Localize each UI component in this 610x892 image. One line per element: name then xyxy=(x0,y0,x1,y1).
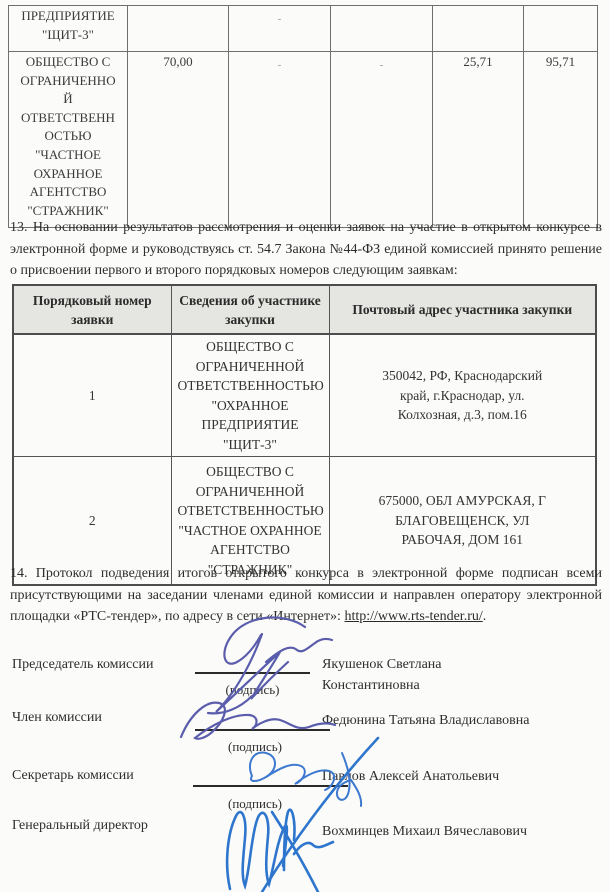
signature-role-member: Член комиссии xyxy=(12,710,102,726)
paragraph-14: 14. Протокол подведения итогов открытого… xyxy=(10,563,602,628)
ranking-header-participant: Сведения об участнике закупки xyxy=(171,285,329,334)
ranking-table: Порядковый номер заявки Сведения об учас… xyxy=(12,284,597,586)
ranking-cell-number: 1 xyxy=(13,334,171,457)
ranking-cell-address: 350042, РФ, Краснодарский край, г.Красно… xyxy=(329,334,596,457)
signature-caption: (подпись) xyxy=(195,682,310,698)
results-cell: - xyxy=(331,52,433,228)
results-cell xyxy=(128,6,229,52)
rts-tender-link[interactable]: http://www.rts-tender.ru/ xyxy=(344,609,482,624)
results-cell-total: 95,71 xyxy=(524,52,598,228)
table-header-row: Порядковый номер заявки Сведения об учас… xyxy=(13,285,596,334)
table-row: ОБЩЕСТВО С ОГРАНИЧЕННО Й ОТВЕТСТВЕНН ОСТ… xyxy=(9,52,598,228)
signature-line xyxy=(195,729,330,731)
signature-role-director: Генеральный директор xyxy=(12,818,148,834)
signature-name-member: Федюнина Татьяна Владиславовна xyxy=(322,710,529,731)
signature-name-secretary: Павлов Алексей Анатольевич xyxy=(322,766,499,787)
results-cell: - xyxy=(229,6,331,52)
signature-ink-chairman xyxy=(208,617,332,713)
ranking-header-address: Почтовый адрес участника закупки xyxy=(329,285,596,334)
results-cell-score: 70,00 xyxy=(128,52,229,228)
results-cell: - xyxy=(229,52,331,228)
paragraph-13: 13. На основании результатов рассмотрени… xyxy=(10,217,602,282)
ranking-cell-participant: ОБЩЕСТВО С ОГРАНИЧЕННОЙ ОТВЕТСТВЕННОСТЬЮ… xyxy=(171,334,329,457)
signature-ink-member xyxy=(181,703,335,739)
signature-line xyxy=(195,672,310,674)
paragraph-14-text: 14. Протокол подведения итогов открытого… xyxy=(10,566,602,624)
table-row: ПРЕДПРИЯТИЕ "ЩИТ-3" - xyxy=(9,6,598,52)
results-cell xyxy=(331,6,433,52)
results-cell-participant: ПРЕДПРИЯТИЕ "ЩИТ-3" xyxy=(9,6,128,52)
results-cell-participant: ОБЩЕСТВО С ОГРАНИЧЕННО Й ОТВЕТСТВЕНН ОСТ… xyxy=(9,52,128,228)
paragraph-14-period: . xyxy=(483,609,487,624)
signature-ink-director xyxy=(227,738,378,892)
signature-caption: (подпись) xyxy=(195,739,315,755)
ranking-header-number: Порядковый номер заявки xyxy=(13,285,171,334)
scanned-protocol-page: ПРЕДПРИЯТИЕ "ЩИТ-3" - ОБЩЕСТВО С ОГРАНИЧ… xyxy=(0,0,610,892)
results-cell xyxy=(524,6,598,52)
results-cell-score: 25,71 xyxy=(433,52,524,228)
results-cell xyxy=(433,6,524,52)
results-table: ПРЕДПРИЯТИЕ "ЩИТ-3" - ОБЩЕСТВО С ОГРАНИЧ… xyxy=(8,5,598,228)
table-row: 1 ОБЩЕСТВО С ОГРАНИЧЕННОЙ ОТВЕТСТВЕННОСТ… xyxy=(13,334,596,457)
signature-role-secretary: Секретарь комиссии xyxy=(12,768,134,784)
signature-name-chairman: Якушенок Светлана Константиновна xyxy=(322,654,442,696)
signature-name-director: Вохминцев Михаил Вячеславович xyxy=(322,821,527,842)
signature-caption: (подпись) xyxy=(195,796,315,812)
signature-role-chairman: Председатель комиссии xyxy=(12,657,153,673)
